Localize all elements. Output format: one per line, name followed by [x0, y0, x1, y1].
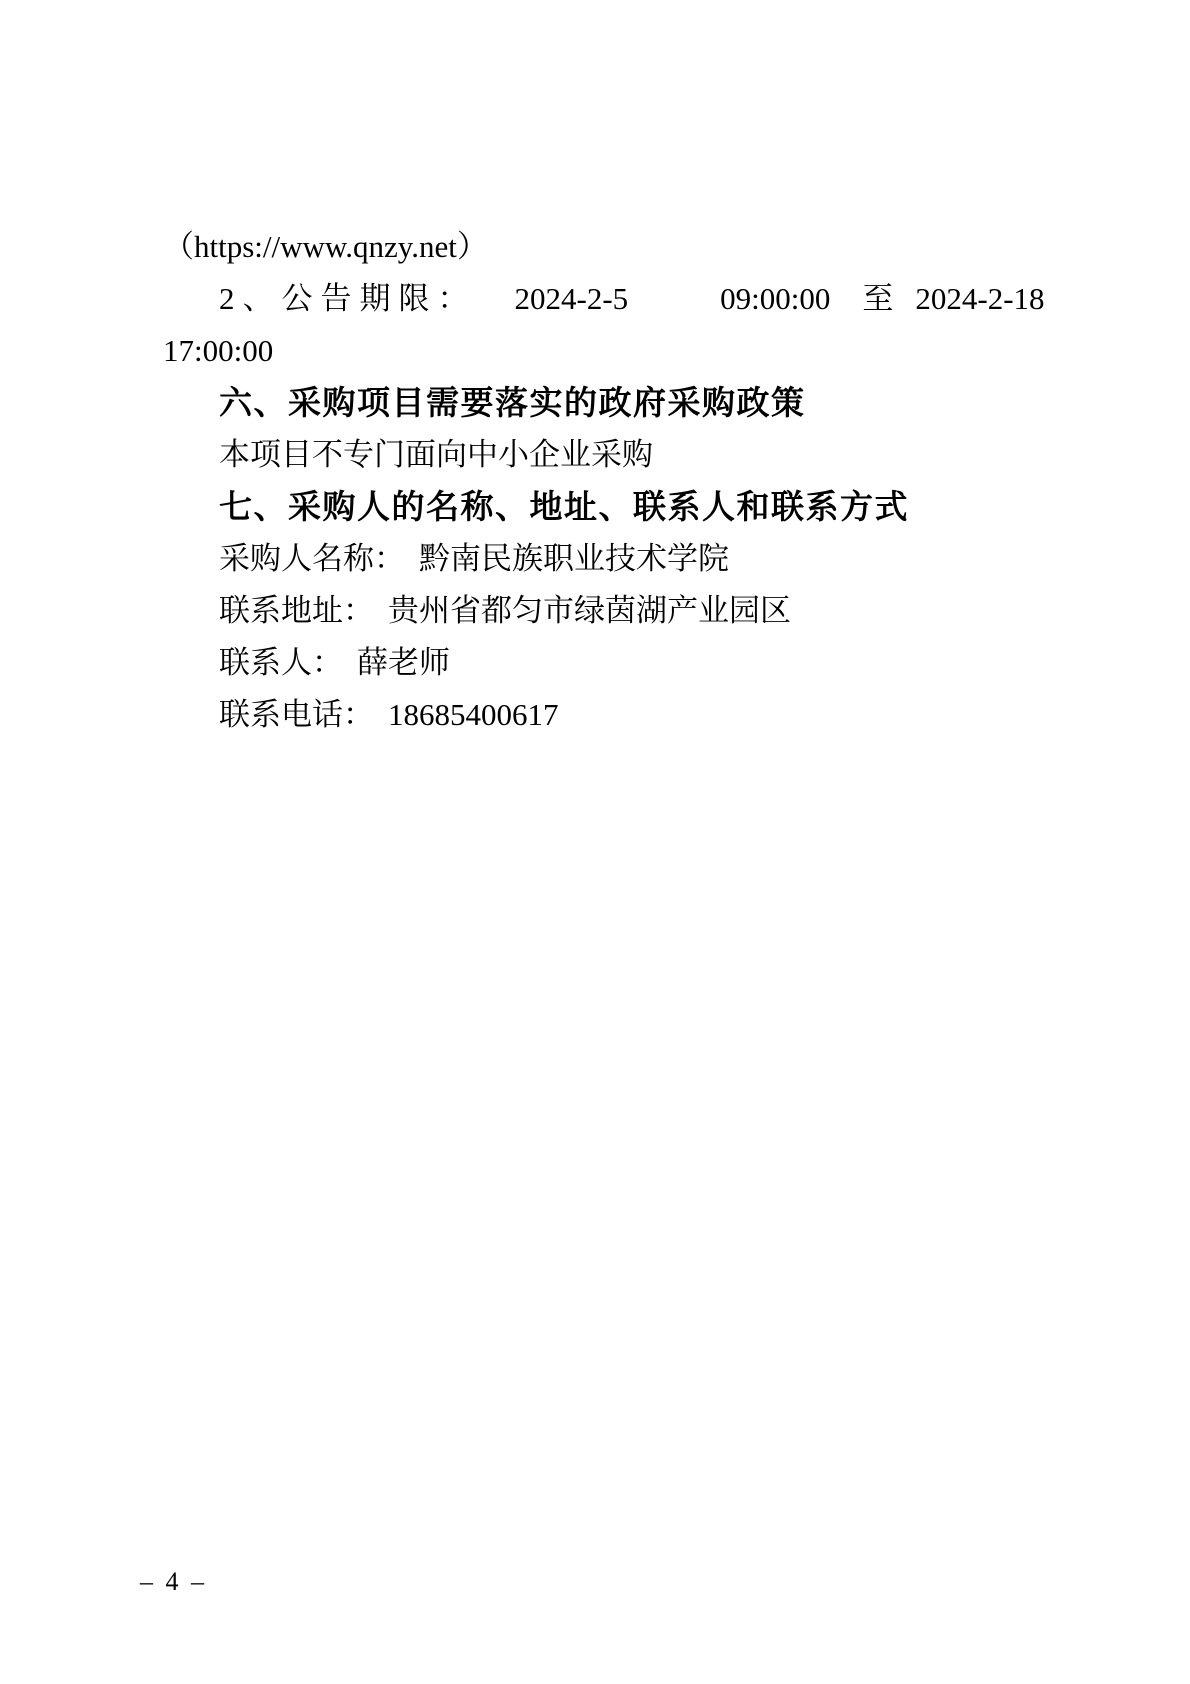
contact-phone-line: 联系电话：18685400617 [163, 689, 1063, 741]
page-number: – 4 – [140, 1567, 207, 1597]
contact-address-label: 联系地址： [219, 593, 374, 628]
section-7-heading: 七、采购人的名称、地址、联系人和联系方式 [163, 481, 1063, 533]
notice-period-label: 2、公告期限： [219, 281, 477, 316]
website-url-line: （https://www.qnzy.net） [163, 221, 1063, 273]
contact-phone-label: 联系电话： [219, 697, 374, 732]
document-page: （https://www.qnzy.net） 2、公告期限：2024-2-509… [0, 0, 1190, 1684]
sme-policy-line: 本项目不专门面向中小企业采购 [163, 429, 1063, 481]
notice-period-line: 2、公告期限：2024-2-509:00:00至2024-2-18 [163, 273, 1063, 325]
contact-phone-value: 18685400617 [388, 697, 559, 732]
section-6-heading: 六、采购项目需要落实的政府采购政策 [163, 377, 1063, 429]
notice-period-end-date: 2024-2-18 [915, 281, 1044, 316]
purchaser-name-line: 采购人名称：黔南民族职业技术学院 [163, 533, 1063, 585]
purchaser-name-label: 采购人名称： [219, 541, 405, 576]
contact-person-label: 联系人： [219, 645, 343, 680]
contact-address-line: 联系地址：贵州省都匀市绿茵湖产业园区 [163, 585, 1063, 637]
contact-person-line: 联系人：薛老师 [163, 637, 1063, 689]
contact-address-value: 贵州省都匀市绿茵湖产业园区 [388, 593, 791, 628]
document-body: （https://www.qnzy.net） 2、公告期限：2024-2-509… [163, 221, 1063, 741]
notice-period-to-text: 至 [862, 281, 893, 316]
notice-period-start-time: 09:00:00 [720, 281, 830, 316]
notice-period-end-time-line: 17:00:00 [163, 325, 1063, 377]
notice-period-start-date: 2024-2-5 [515, 281, 629, 316]
contact-person-value: 薛老师 [357, 645, 450, 680]
purchaser-name-value: 黔南民族职业技术学院 [419, 541, 729, 576]
